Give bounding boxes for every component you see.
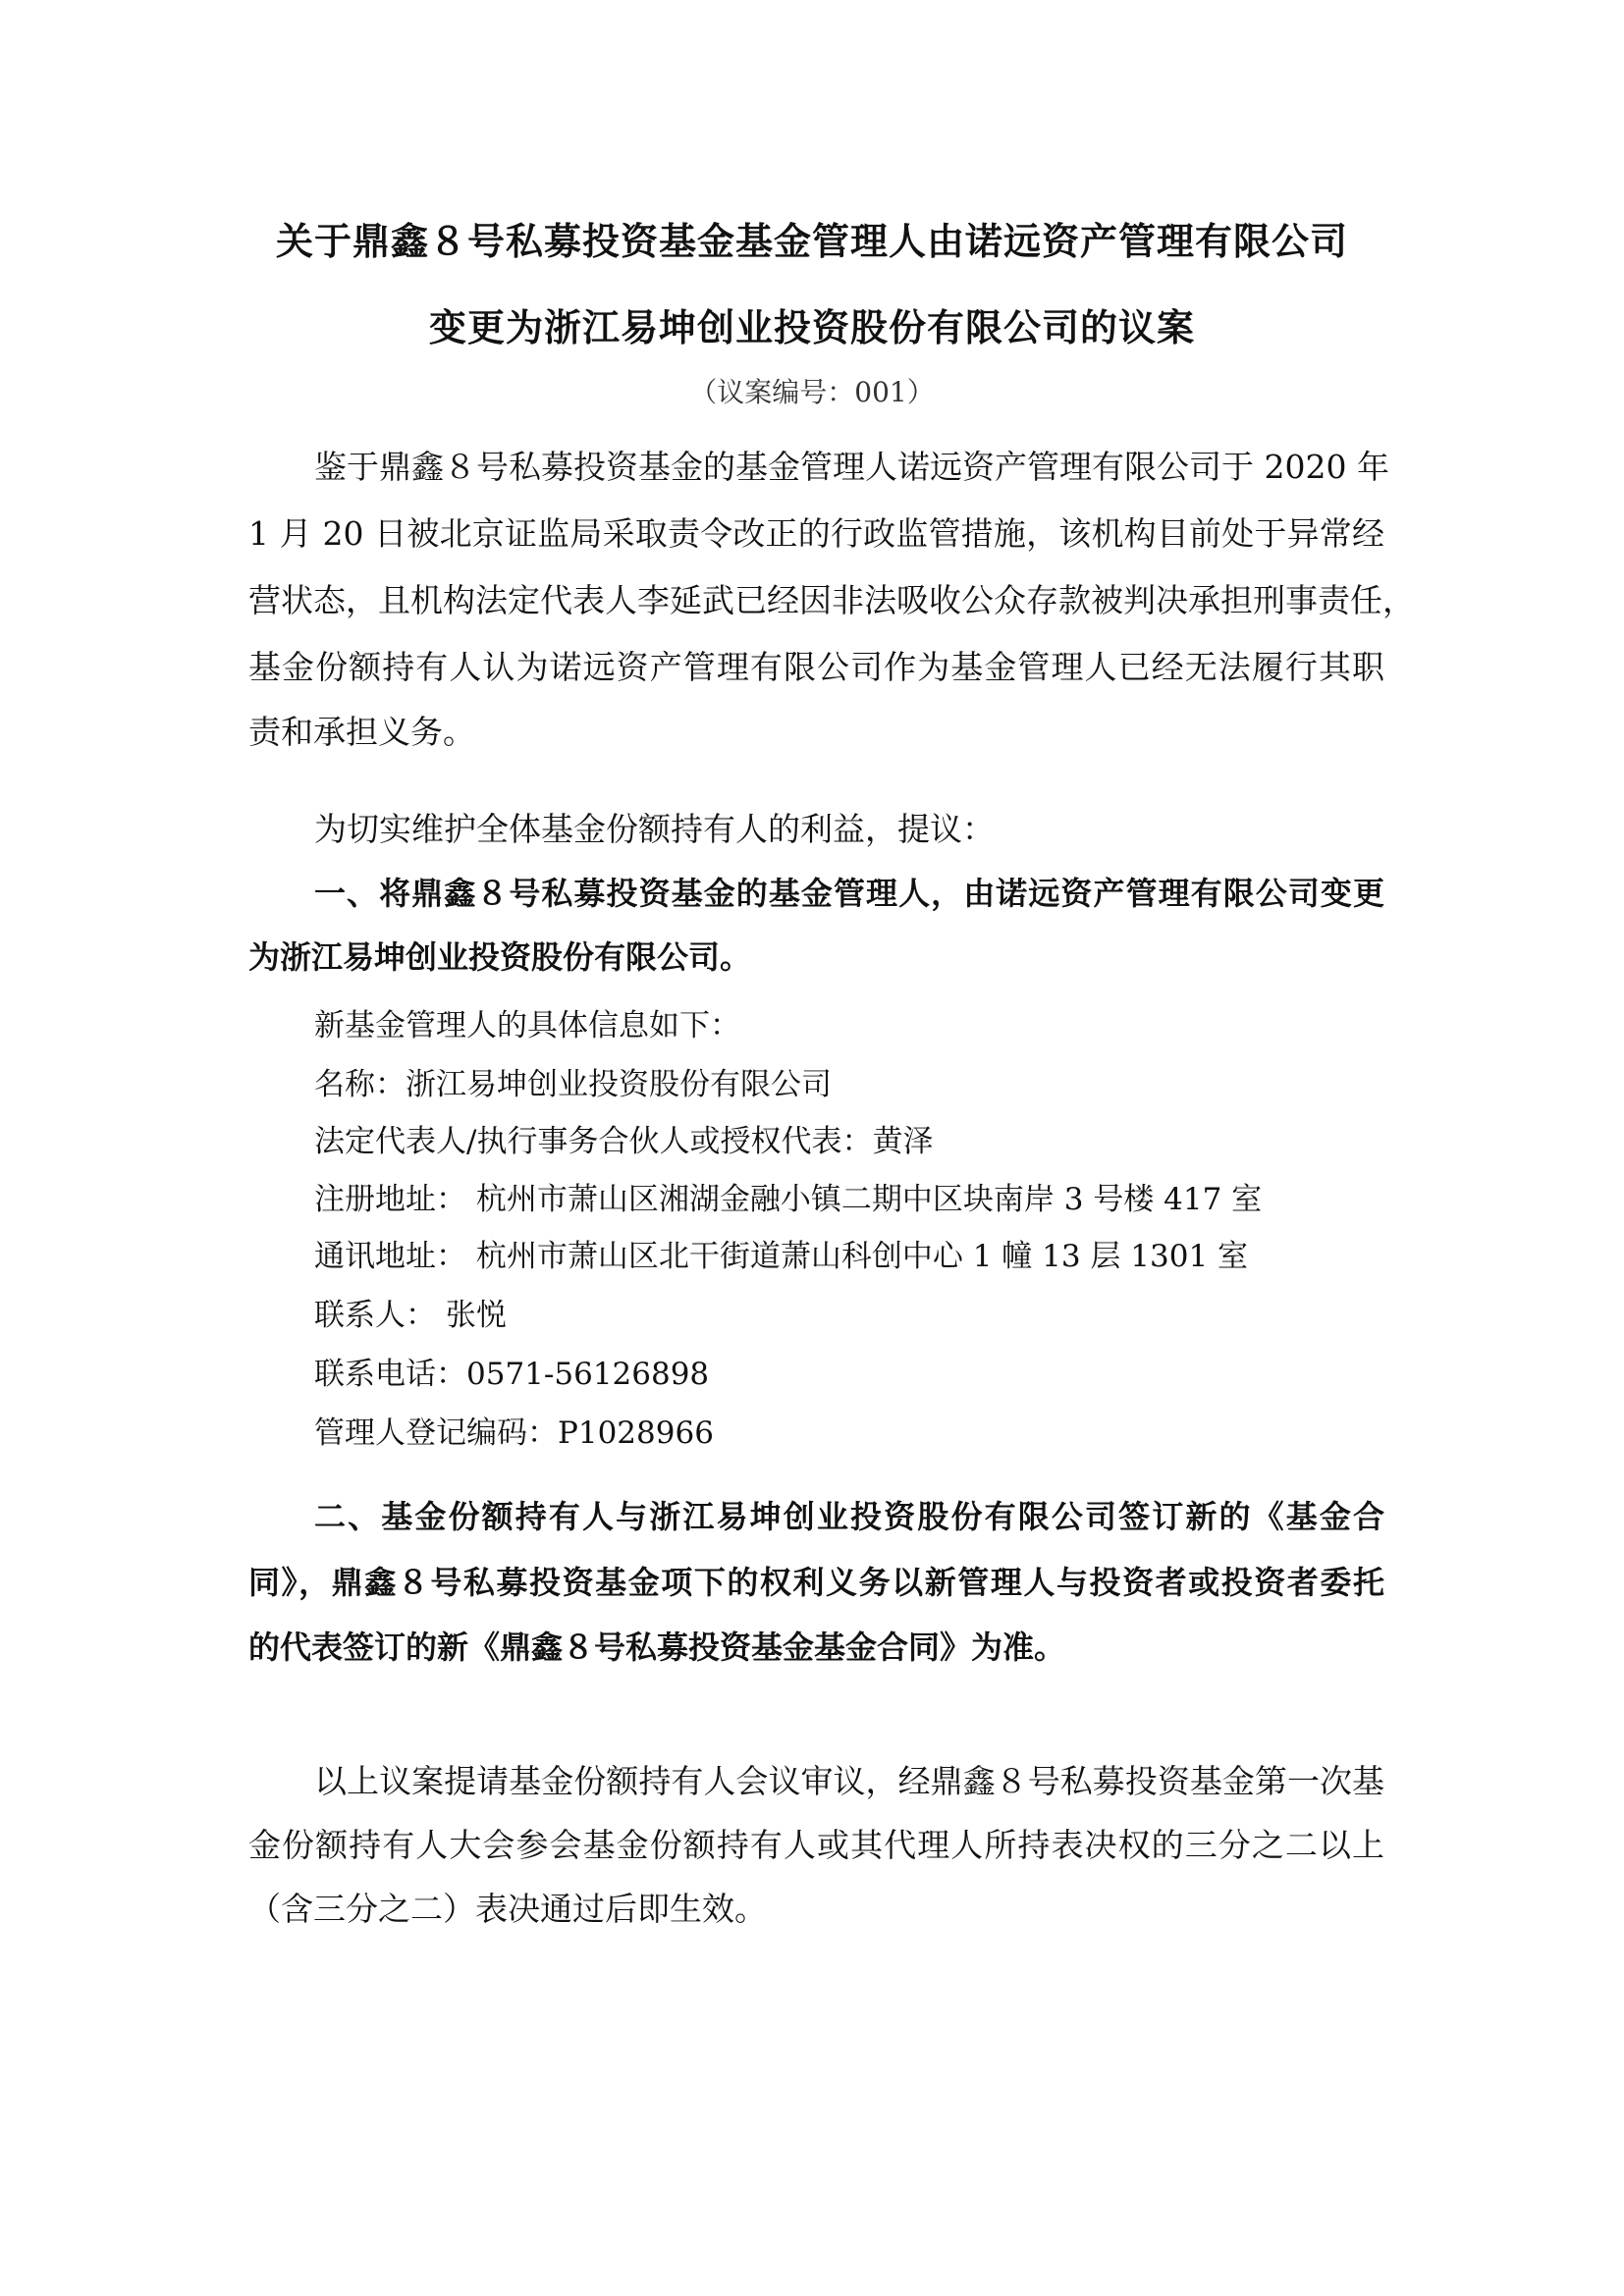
manager-mailing-address: 通讯地址： 杭州市萧山区北干街道萧山科创中心 1 幢 13 层 1301 室	[314, 1237, 1248, 1276]
paragraph1-line-1: 鉴于鼎鑫８号私募投资基金的基金管理人诺远资产管理有限公司于 2020 年	[314, 448, 1384, 487]
document-title-line-1: 关于鼎鑫８号私募投资基金基金管理人由诺远资产管理有限公司	[0, 218, 1624, 265]
manager-info-intro: 新基金管理人的具体信息如下：	[314, 1006, 740, 1045]
manager-registered-address: 注册地址： 杭州市萧山区湘湖金融小镇二期中区块南岸 3 号楼 417 室	[314, 1180, 1262, 1219]
manager-contact-phone: 联系电话：0571-56126898	[314, 1355, 709, 1394]
paragraph1-line-3: 营状态，且机构法定代表人李延武已经因非法吸收公众存款被判决承担刑事责任，	[248, 581, 1384, 620]
item2-line-1: 二、基金份额持有人与浙江易坤创业投资股份有限公司签订新的《基金合	[314, 1497, 1384, 1536]
paragraph1-line-5: 责和承担义务。	[248, 713, 1384, 752]
item1-line-2: 为浙江易坤创业投资股份有限公司。	[248, 937, 1384, 977]
closing-line-1: 以上议案提请基金份额持有人会议审议，经鼎鑫８号私募投资基金第一次基	[314, 1762, 1384, 1801]
manager-contact-person: 联系人： 张悦	[314, 1296, 507, 1335]
manager-legal-rep: 法定代表人/执行事务合伙人或授权代表：黄泽	[314, 1122, 933, 1161]
document-page: 关于鼎鑫８号私募投资基金基金管理人由诺远资产管理有限公司 变更为浙江易坤创业投资…	[0, 0, 1624, 2296]
closing-line-3: （含三分之二）表决通过后即生效。	[248, 1890, 1384, 1929]
manager-name: 名称：浙江易坤创业投资股份有限公司	[314, 1065, 832, 1104]
closing-line-2: 金份额持有人大会参会基金份额持有人或其代理人所持表决权的三分之二以上	[248, 1826, 1384, 1865]
item2-line-2: 同》，鼎鑫８号私募投资基金项下的权利义务以新管理人与投资者或投资者委托	[248, 1563, 1384, 1602]
item2-line-3: 的代表签订的新《鼎鑫８号私募投资基金基金合同》为准。	[248, 1628, 1384, 1667]
paragraph1-line-4: 基金份额持有人认为诺远资产管理有限公司作为基金管理人已经无法履行其职	[248, 648, 1384, 687]
document-title-line-2: 变更为浙江易坤创业投资股份有限公司的议案	[0, 304, 1624, 351]
paragraph2: 为切实维护全体基金份额持有人的利益，提议：	[314, 810, 1384, 849]
manager-registration-code: 管理人登记编码：P1028966	[314, 1414, 714, 1453]
paragraph1-line-2: 1 月 20 日被北京证监局采取责令改正的行政监管措施，该机构目前处于异常经	[248, 514, 1384, 554]
proposal-code: （议案编号：001）	[0, 373, 1624, 412]
item1-line-1: 一、将鼎鑫８号私募投资基金的基金管理人，由诺远资产管理有限公司变更	[314, 874, 1384, 913]
